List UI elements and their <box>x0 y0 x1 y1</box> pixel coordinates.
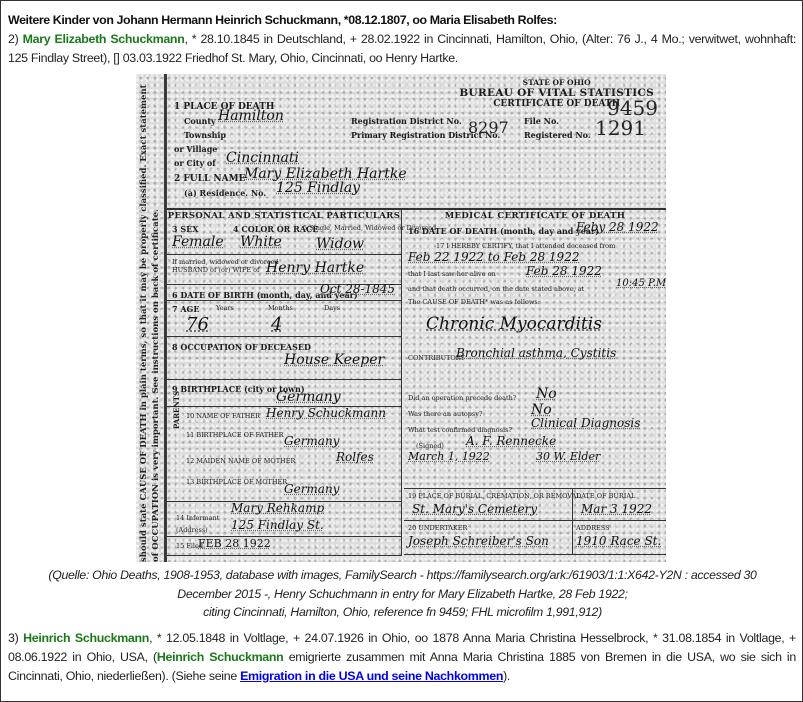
residence-value: 125 Findlay <box>276 180 360 196</box>
source-caption: (Quelle: Ohio Deaths, 1908-1953, databas… <box>1 566 803 622</box>
page: Weitere Kinder von Johann Hermann Heinri… <box>0 0 803 702</box>
emigration-link[interactable]: Emigration in die USA und seine Nachkomm… <box>240 669 503 683</box>
registered-number: 1291 <box>595 116 646 140</box>
child-2-entry: 2) Mary Elizabeth Schuckmann, * 28.10.18… <box>8 30 796 68</box>
death-certificate-image: should state CAUSE OF DEATH in plain ter… <box>136 74 666 562</box>
child-3-entry: 3) Heinrich Schuckmann, * 12.05.1848 in … <box>8 629 796 686</box>
child-number: 2) <box>8 32 18 46</box>
child-name-repeat: Heinrich Schuckmann <box>157 650 284 664</box>
county-value: Hamilton <box>218 108 284 124</box>
certificate-side-text: should state CAUSE OF DEATH in plain ter… <box>138 74 164 562</box>
city-value: Cincinnati <box>226 150 299 166</box>
intro-section: Weitere Kinder von Johann Hermann Heinri… <box>8 11 796 68</box>
child-name: Mary Elizabeth Schuckmann <box>23 32 185 46</box>
section-heading: Weitere Kinder von Johann Hermann Heinri… <box>8 11 796 30</box>
child-name: Heinrich Schuckmann <box>23 631 149 645</box>
